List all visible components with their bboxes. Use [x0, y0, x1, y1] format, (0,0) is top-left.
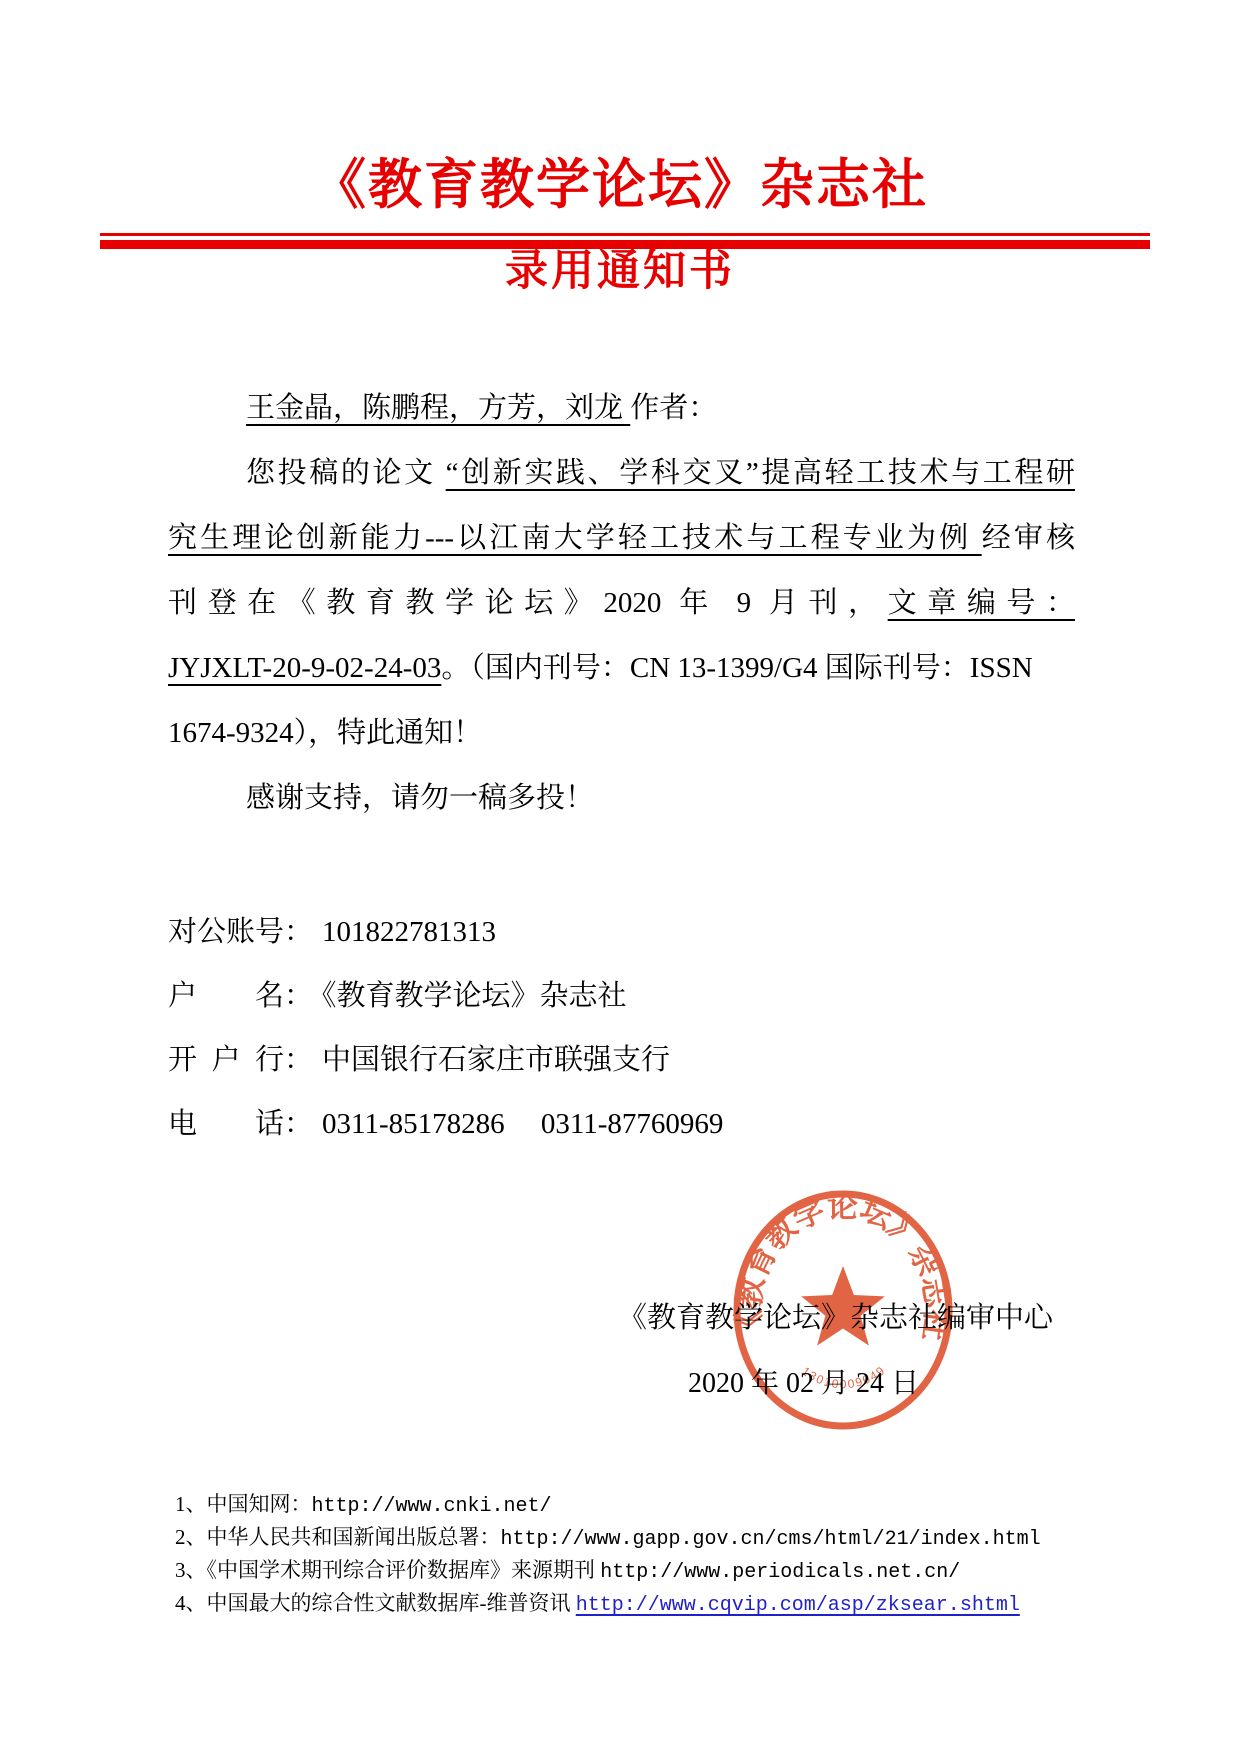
account-name-value: 《教育教学论坛》杂志社	[322, 980, 627, 1012]
account-row-phone: 电话：0311-85178286 0311-87760969	[168, 1092, 1075, 1156]
footer-item-2-url: http://www.gapp.gov.cn/cms/html/21/index…	[501, 1528, 1041, 1551]
authors-line: 王金晶，陈鹏程，方芳，刘龙 作者：	[168, 376, 1075, 441]
issn-text: 。（国内刊号：CN 13-1399/G4 国际刊号：ISSN	[441, 652, 1032, 684]
footer-item-periodicals: 3、《中国学术期刊综合评价数据库》来源期刊 http://www.periodi…	[175, 1555, 1135, 1588]
article-number-value: JYJXLT-20-9-02-24-03	[168, 652, 441, 684]
thanks-line: 感谢支持，请勿一稿多投！	[168, 766, 1075, 831]
acceptance-letter-page: 《教育教学论坛》杂志社 录用通知书 王金晶，陈鹏程，方芳，刘龙 作者： 您投稿的…	[0, 0, 1240, 1753]
footer-item-1-text: 1、中国知网：	[175, 1492, 312, 1516]
phone-value: 0311-85178286 0311-87760969	[322, 1108, 723, 1140]
footer-item-cnki: 1、中国知网：http://www.cnki.net/	[175, 1489, 1135, 1522]
letter-body: 王金晶，陈鹏程，方芳，刘龙 作者： 您投稿的论文 “创新实践、学科交叉”提高轻工…	[168, 376, 1075, 831]
account-row-bank: 开户行：中国银行石家庄市联强支行	[168, 1028, 1075, 1092]
account-row-number: 对公账号：101822781313	[168, 900, 1075, 964]
body-line-3: 究生理论创新能力---以江南大学轻工技术与工程专业为例 经审核	[168, 506, 1075, 571]
line2-prefix: 您投稿的论文	[246, 457, 446, 489]
article-number-label: 文章编号：	[888, 587, 1075, 619]
bank-value: 中国银行石家庄市联强支行	[322, 1044, 670, 1076]
paper-title-part2: 究生理论创新能力---以江南大学轻工技术与工程专业为例	[168, 522, 982, 554]
phone-label: 电话	[168, 1092, 284, 1156]
line4-prefix: 刊登在《教育教学论坛》2020 年 9 月刊，	[168, 587, 888, 619]
paper-title-part1: “创新实践、学科交叉”提高轻工技术与工程研	[446, 457, 1075, 489]
footer-item-4-link[interactable]: http://www.cqvip.com/asp/zksear.shtml	[576, 1594, 1020, 1617]
colon: ：	[284, 916, 313, 948]
body-line-5: JYJXLT-20-9-02-24-03。（国内刊号：CN 13-1399/G4…	[168, 636, 1075, 701]
footer-item-4-text: 4、中国最大的综合性文献数据库-维普资讯	[175, 1591, 576, 1615]
colon: ：	[284, 1044, 313, 1076]
footer-item-gapp: 2、中华人民共和国新闻出版总署：http://www.gapp.gov.cn/c…	[175, 1522, 1135, 1555]
authors-suffix: 作者：	[630, 392, 717, 424]
footer-item-cqvip: 4、中国最大的综合性文献数据库-维普资讯 http://www.cqvip.co…	[175, 1588, 1135, 1621]
database-list: 1、中国知网：http://www.cnki.net/ 2、中华人民共和国新闻出…	[175, 1489, 1135, 1621]
footer-item-3-url: http://www.periodicals.net.cn/	[600, 1561, 960, 1584]
header-divider-thin	[100, 233, 1150, 236]
line3-suffix: 经审核	[982, 522, 1075, 554]
magazine-title: 《教育教学论坛》杂志社	[0, 150, 1240, 220]
account-number-value: 101822781313	[322, 916, 496, 948]
signature-date: 2020 年 02 月 24 日	[688, 1366, 919, 1402]
footer-item-2-text: 2、中华人民共和国新闻出版总署：	[175, 1525, 501, 1549]
footer-item-1-url: http://www.cnki.net/	[312, 1495, 552, 1518]
authors-underlined: 王金晶，陈鹏程，方芳，刘龙	[246, 392, 630, 424]
letter-subtitle: 录用通知书	[0, 246, 1240, 298]
bank-label: 开户行	[168, 1028, 284, 1092]
signature-organization: 《教育教学论坛》杂志社编审中心	[618, 1300, 1053, 1336]
colon: ：	[284, 980, 313, 1012]
colon: ：	[284, 1108, 313, 1140]
footer-item-3-text: 3、《中国学术期刊综合评价数据库》来源期刊	[175, 1558, 600, 1582]
account-row-name: 户名：《教育教学论坛》杂志社	[168, 964, 1075, 1028]
account-name-label: 户名	[168, 964, 284, 1028]
account-number-label: 对公账号	[168, 900, 284, 964]
account-info: 对公账号：101822781313 户名：《教育教学论坛》杂志社 开户行：中国银…	[168, 900, 1075, 1156]
body-line-2: 您投稿的论文 “创新实践、学科交叉”提高轻工技术与工程研	[168, 441, 1075, 506]
body-line-4: 刊登在《教育教学论坛》2020 年 9 月刊，文章编号：	[168, 571, 1075, 636]
body-line-6: 1674-9324），特此通知！	[168, 701, 1075, 766]
